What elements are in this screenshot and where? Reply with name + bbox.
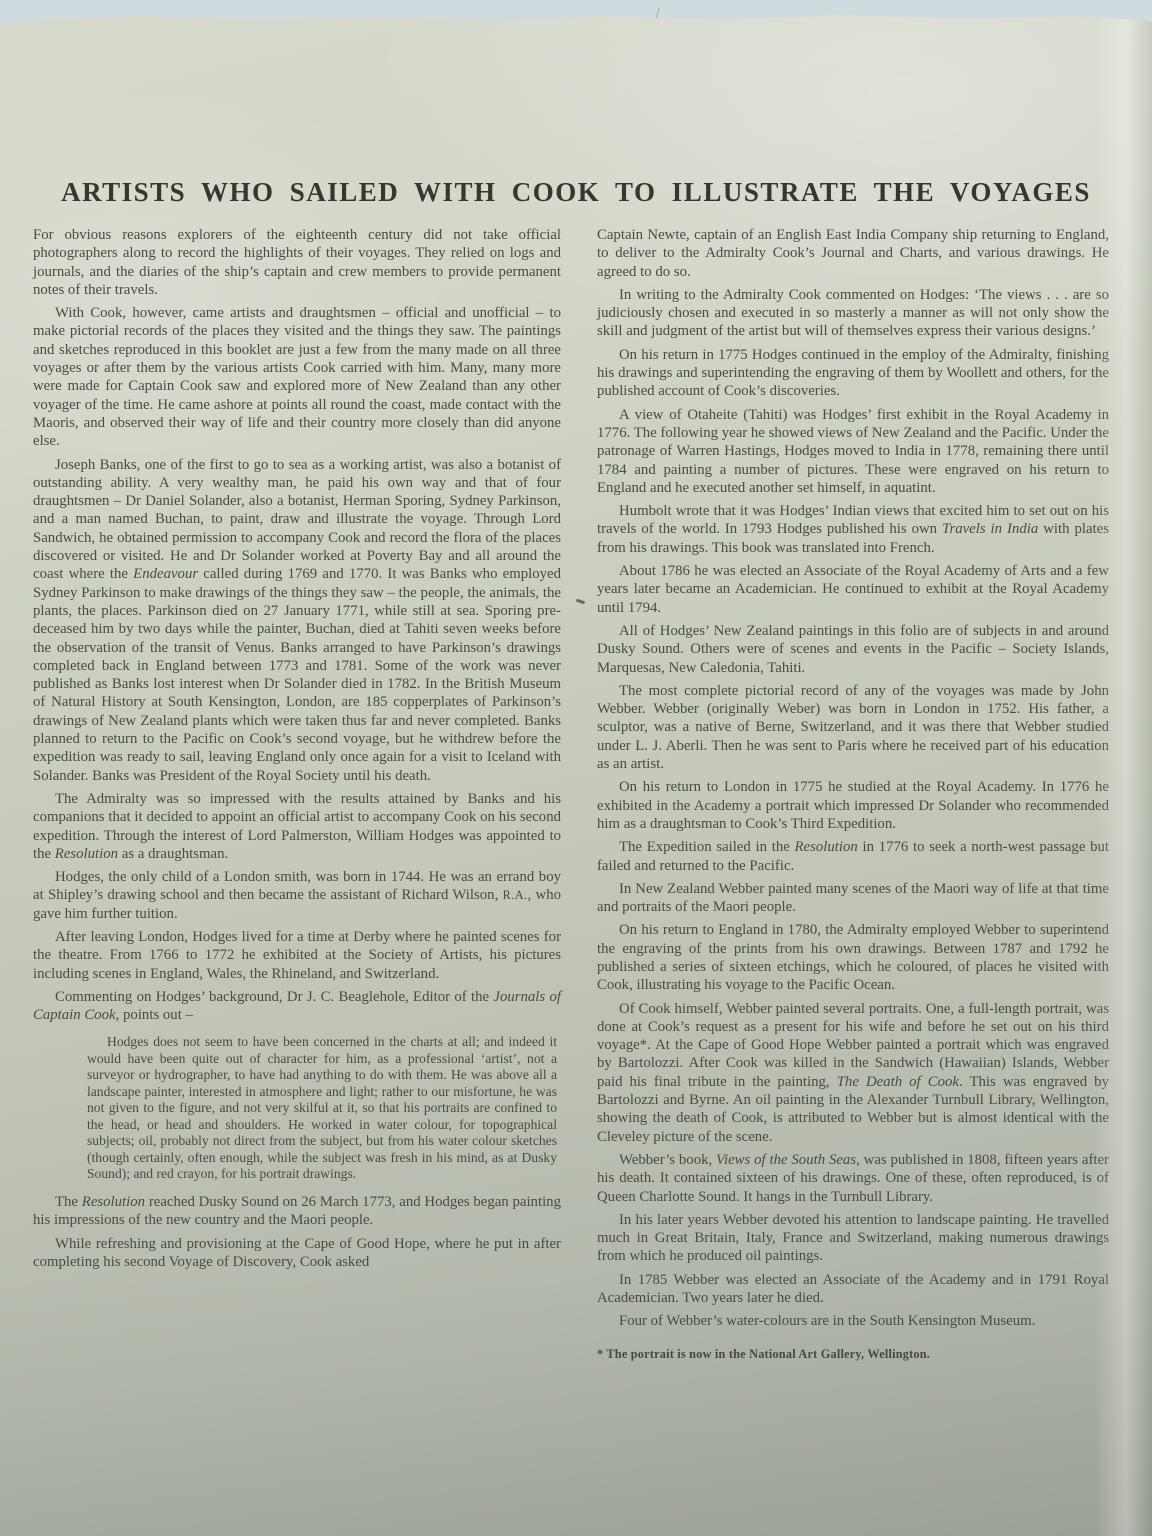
paragraph: In New Zealand Webber painted many scene… (597, 880, 1109, 917)
paragraph: On his return in 1775 Hodges continued i… (597, 346, 1109, 401)
italic-title-text: Views of the South Seas (716, 1152, 856, 1168)
paragraph: With Cook, however, came artists and dra… (33, 304, 561, 450)
paragraph: While refreshing and provisioning at the… (33, 1235, 561, 1272)
paragraph: On his return to England in 1780, the Ad… (597, 921, 1109, 994)
text-run: R.A. (503, 888, 528, 902)
paragraph: On his return to London in 1775 he studi… (597, 778, 1109, 833)
paragraph: Joseph Banks, one of the first to go to … (33, 456, 561, 785)
paragraph: About 1786 he was elected an Associate o… (597, 562, 1109, 617)
paragraph: Four of Webber’s water-colours are in th… (597, 1312, 1109, 1330)
paragraph: Humbolt wrote that it was Hodges’ Indian… (597, 502, 1109, 557)
paragraph: Captain Newte, captain of an English Eas… (597, 226, 1109, 281)
page-title: ARTISTS WHO SAILED WITH COOK TO ILLUSTRA… (0, 175, 1152, 209)
left-column-paragraphs: For obvious reasons explorers of the eig… (33, 226, 561, 1271)
paragraph: The Resolution reached Dusky Sound on 26… (33, 1193, 561, 1230)
paragraph: In writing to the Admiralty Cook comment… (597, 286, 1109, 341)
paragraph: Hodges, the only child of a London smith… (33, 868, 561, 923)
paragraph: In 1785 Webber was elected an Associate … (597, 1271, 1109, 1308)
right-column-paragraphs: Captain Newte, captain of an English Eas… (597, 226, 1109, 1331)
paper-page: ARTISTS WHO SAILED WITH COOK TO ILLUSTRA… (0, 0, 1152, 1536)
paragraph: For obvious reasons explorers of the eig… (33, 226, 561, 299)
italic-title-text: Endeavour (133, 566, 198, 582)
footnote: * The portrait is now in the National Ar… (597, 1347, 1109, 1362)
italic-title-text: The Death of Cook (837, 1074, 959, 1090)
paragraph: A view of Otaheite (Tahiti) was Hodges’ … (597, 406, 1109, 497)
paragraph: The Admiralty was so impressed with the … (33, 790, 561, 863)
paragraph: All of Hodges’ New Zealand paintings in … (597, 622, 1109, 677)
paragraph: The Expedition sailed in the Resolution … (597, 838, 1109, 875)
italic-title-text: Journals of Captain Cook (33, 989, 561, 1023)
italic-title-text: Travels in India (942, 521, 1038, 537)
block-quote: Hodges does not seem to have been concer… (87, 1034, 557, 1183)
italic-title-text: Resolution (82, 1194, 145, 1210)
paragraph: Of Cook himself, Webber painted several … (597, 1000, 1109, 1146)
ink-speck (576, 599, 585, 605)
paragraph: Commenting on Hodges’ background, Dr J. … (33, 988, 561, 1025)
italic-title-text: Resolution (795, 839, 858, 855)
right-column: Captain Newte, captain of an English Eas… (597, 226, 1109, 1362)
paragraph: In his later years Webber devoted his at… (597, 1211, 1109, 1266)
paragraph: After leaving London, Hodges lived for a… (33, 928, 561, 983)
paragraph: The most complete pictorial record of an… (597, 682, 1109, 773)
left-column: For obvious reasons explorers of the eig… (33, 226, 561, 1276)
paragraph: Webber’s book, Views of the South Seas, … (597, 1151, 1109, 1206)
italic-title-text: Resolution (55, 846, 118, 862)
